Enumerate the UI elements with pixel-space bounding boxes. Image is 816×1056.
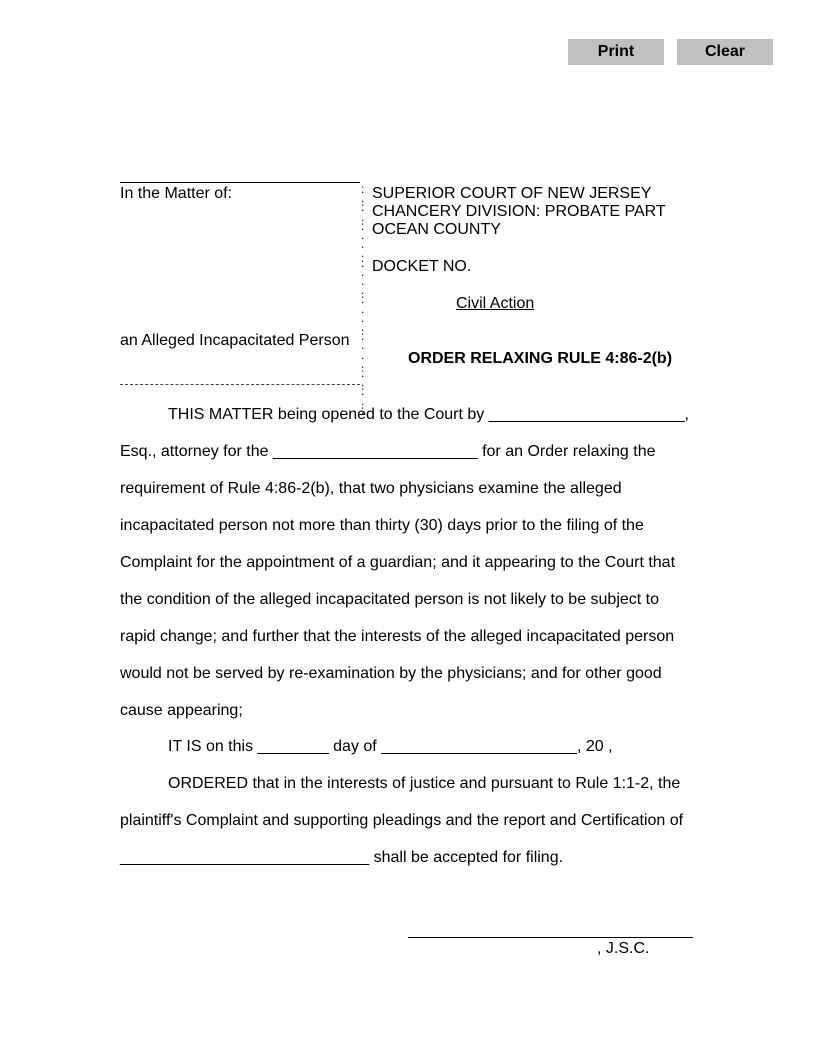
body-line: Esq., attorney for the _________________…	[120, 443, 656, 461]
ordered-line: ORDERED that in the interests of justice…	[168, 775, 680, 793]
body-line: THIS MATTER being opened to the Court by…	[168, 406, 689, 424]
body-line: Complaint for the appointment of a guard…	[120, 554, 675, 572]
court-name: SUPERIOR COURT OF NEW JERSEY	[372, 185, 651, 203]
body-line: plaintiff's Complaint and supporting ple…	[120, 812, 683, 830]
date-line: IT IS on this ________ day of __________…	[168, 738, 613, 756]
caption-separator: : . : . : . . . : . . . : . . . : . . . …	[361, 185, 367, 415]
body-line: ____________________________ shall be ac…	[120, 849, 563, 867]
in-the-matter-label: In the Matter of:	[120, 185, 232, 203]
judge-signature-line	[408, 937, 693, 938]
clear-button[interactable]: Clear	[677, 39, 773, 65]
caption-top-rule	[120, 182, 360, 183]
caption-bottom-rule	[120, 384, 360, 385]
body-line: requirement of Rule 4:86-2(b), that two …	[120, 480, 622, 498]
alleged-person-label: an Alleged Incapacitated Person	[120, 332, 350, 350]
docket-label: DOCKET NO.	[372, 258, 471, 276]
order-title: ORDER RELAXING RULE 4:86-2(b)	[408, 350, 672, 368]
civil-action-label: Civil Action	[456, 295, 534, 313]
body-line: rapid change; and further that the inter…	[120, 628, 674, 646]
body-line: incapacitated person not more than thirt…	[120, 517, 644, 535]
court-division: CHANCERY DIVISION: PROBATE PART	[372, 203, 666, 221]
body-line: the condition of the alleged incapacitat…	[120, 591, 659, 609]
body-line: cause appearing;	[120, 702, 243, 720]
jsc-suffix: , J.S.C.	[597, 940, 649, 958]
court-county: OCEAN COUNTY	[372, 221, 501, 239]
body-line: would not be served by re-examination by…	[120, 665, 662, 683]
print-button[interactable]: Print	[568, 39, 664, 65]
